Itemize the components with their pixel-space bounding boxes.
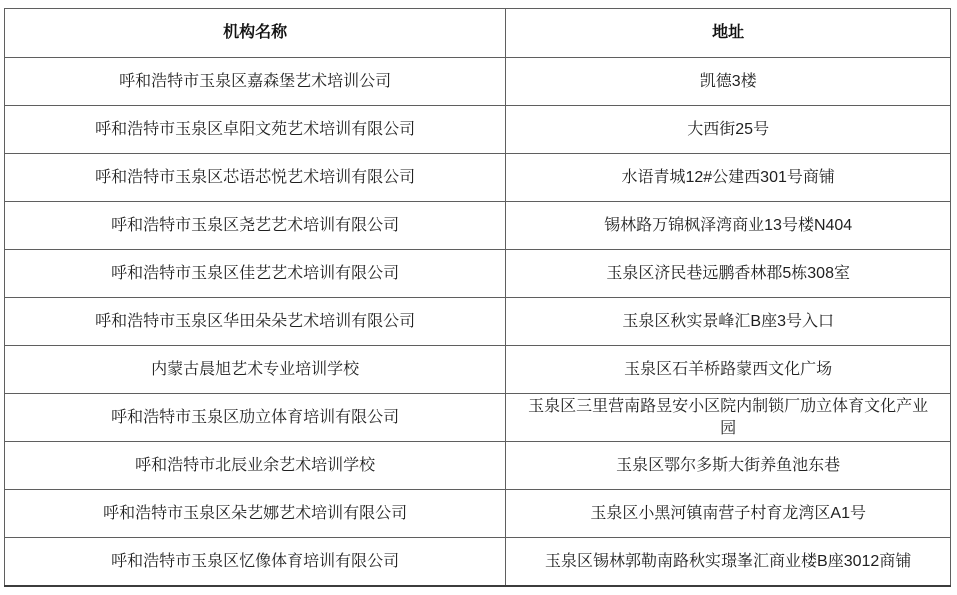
address-cell: 玉泉区秋实景峰汇B座3号入口 [506,298,951,346]
table-row: 呼和浩特市玉泉区佳艺艺术培训有限公司 玉泉区济民巷远鹏香林郡5栋308室 [5,250,951,298]
address-cell: 玉泉区三里营南路昱安小区院内制锁厂劢立体育文化产业园 [506,394,951,442]
address-cell: 玉泉区小黑河镇南营子村育龙湾区A1号 [506,490,951,538]
table-row: 呼和浩特市玉泉区劢立体育培训有限公司 玉泉区三里营南路昱安小区院内制锁厂劢立体育… [5,394,951,442]
table-row: 呼和浩特市玉泉区尧艺艺术培训有限公司 锡林路万锦枫泽湾商业13号楼N404 [5,202,951,250]
column-header-address: 地址 [506,9,951,58]
column-header-institution-name: 机构名称 [5,9,506,58]
table-header: 机构名称 地址 [5,9,951,58]
address-cell: 大西街25号 [506,106,951,154]
institution-name-cell: 呼和浩特市北辰业余艺术培训学校 [5,442,506,490]
institution-name-cell: 呼和浩特市玉泉区劢立体育培训有限公司 [5,394,506,442]
table-row: 呼和浩特市玉泉区华田朵朵艺术培训有限公司 玉泉区秋实景峰汇B座3号入口 [5,298,951,346]
table-row: 呼和浩特市北辰业余艺术培训学校 玉泉区鄂尔多斯大街养鱼池东巷 [5,442,951,490]
address-cell: 水语青城12#公建西301号商铺 [506,154,951,202]
institution-name-cell: 呼和浩特市玉泉区佳艺艺术培训有限公司 [5,250,506,298]
institution-name-cell: 呼和浩特市玉泉区芯语芯悦艺术培训有限公司 [5,154,506,202]
address-cell: 玉泉区锡林郭勒南路秋实璟峯汇商业楼B座3012商铺 [506,538,951,587]
institution-name-cell: 呼和浩特市玉泉区嘉森堡艺术培训公司 [5,58,506,106]
table-row: 呼和浩特市玉泉区忆像体育培训有限公司 玉泉区锡林郭勒南路秋实璟峯汇商业楼B座30… [5,538,951,587]
table-row: 呼和浩特市玉泉区芯语芯悦艺术培训有限公司 水语青城12#公建西301号商铺 [5,154,951,202]
table-row: 呼和浩特市玉泉区卓阳文苑艺术培训有限公司 大西街25号 [5,106,951,154]
table-row: 呼和浩特市玉泉区朵艺娜艺术培训有限公司 玉泉区小黑河镇南营子村育龙湾区A1号 [5,490,951,538]
institution-name-cell: 呼和浩特市玉泉区华田朵朵艺术培训有限公司 [5,298,506,346]
institution-name-cell: 内蒙古晨旭艺术专业培训学校 [5,346,506,394]
address-cell: 凯德3楼 [506,58,951,106]
institution-name-cell: 呼和浩特市玉泉区朵艺娜艺术培训有限公司 [5,490,506,538]
address-cell: 玉泉区鄂尔多斯大街养鱼池东巷 [506,442,951,490]
institutions-table: 机构名称 地址 呼和浩特市玉泉区嘉森堡艺术培训公司 凯德3楼 呼和浩特市玉泉区卓… [4,8,951,587]
table-row: 呼和浩特市玉泉区嘉森堡艺术培训公司 凯德3楼 [5,58,951,106]
table-row: 内蒙古晨旭艺术专业培训学校 玉泉区石羊桥路蒙西文化广场 [5,346,951,394]
table-body: 呼和浩特市玉泉区嘉森堡艺术培训公司 凯德3楼 呼和浩特市玉泉区卓阳文苑艺术培训有… [5,58,951,587]
header-row: 机构名称 地址 [5,9,951,58]
institution-name-cell: 呼和浩特市玉泉区忆像体育培训有限公司 [5,538,506,587]
address-cell: 玉泉区济民巷远鹏香林郡5栋308室 [506,250,951,298]
address-cell: 玉泉区石羊桥路蒙西文化广场 [506,346,951,394]
page: 机构名称 地址 呼和浩特市玉泉区嘉森堡艺术培训公司 凯德3楼 呼和浩特市玉泉区卓… [0,0,957,595]
institution-name-cell: 呼和浩特市玉泉区尧艺艺术培训有限公司 [5,202,506,250]
address-cell: 锡林路万锦枫泽湾商业13号楼N404 [506,202,951,250]
institution-name-cell: 呼和浩特市玉泉区卓阳文苑艺术培训有限公司 [5,106,506,154]
